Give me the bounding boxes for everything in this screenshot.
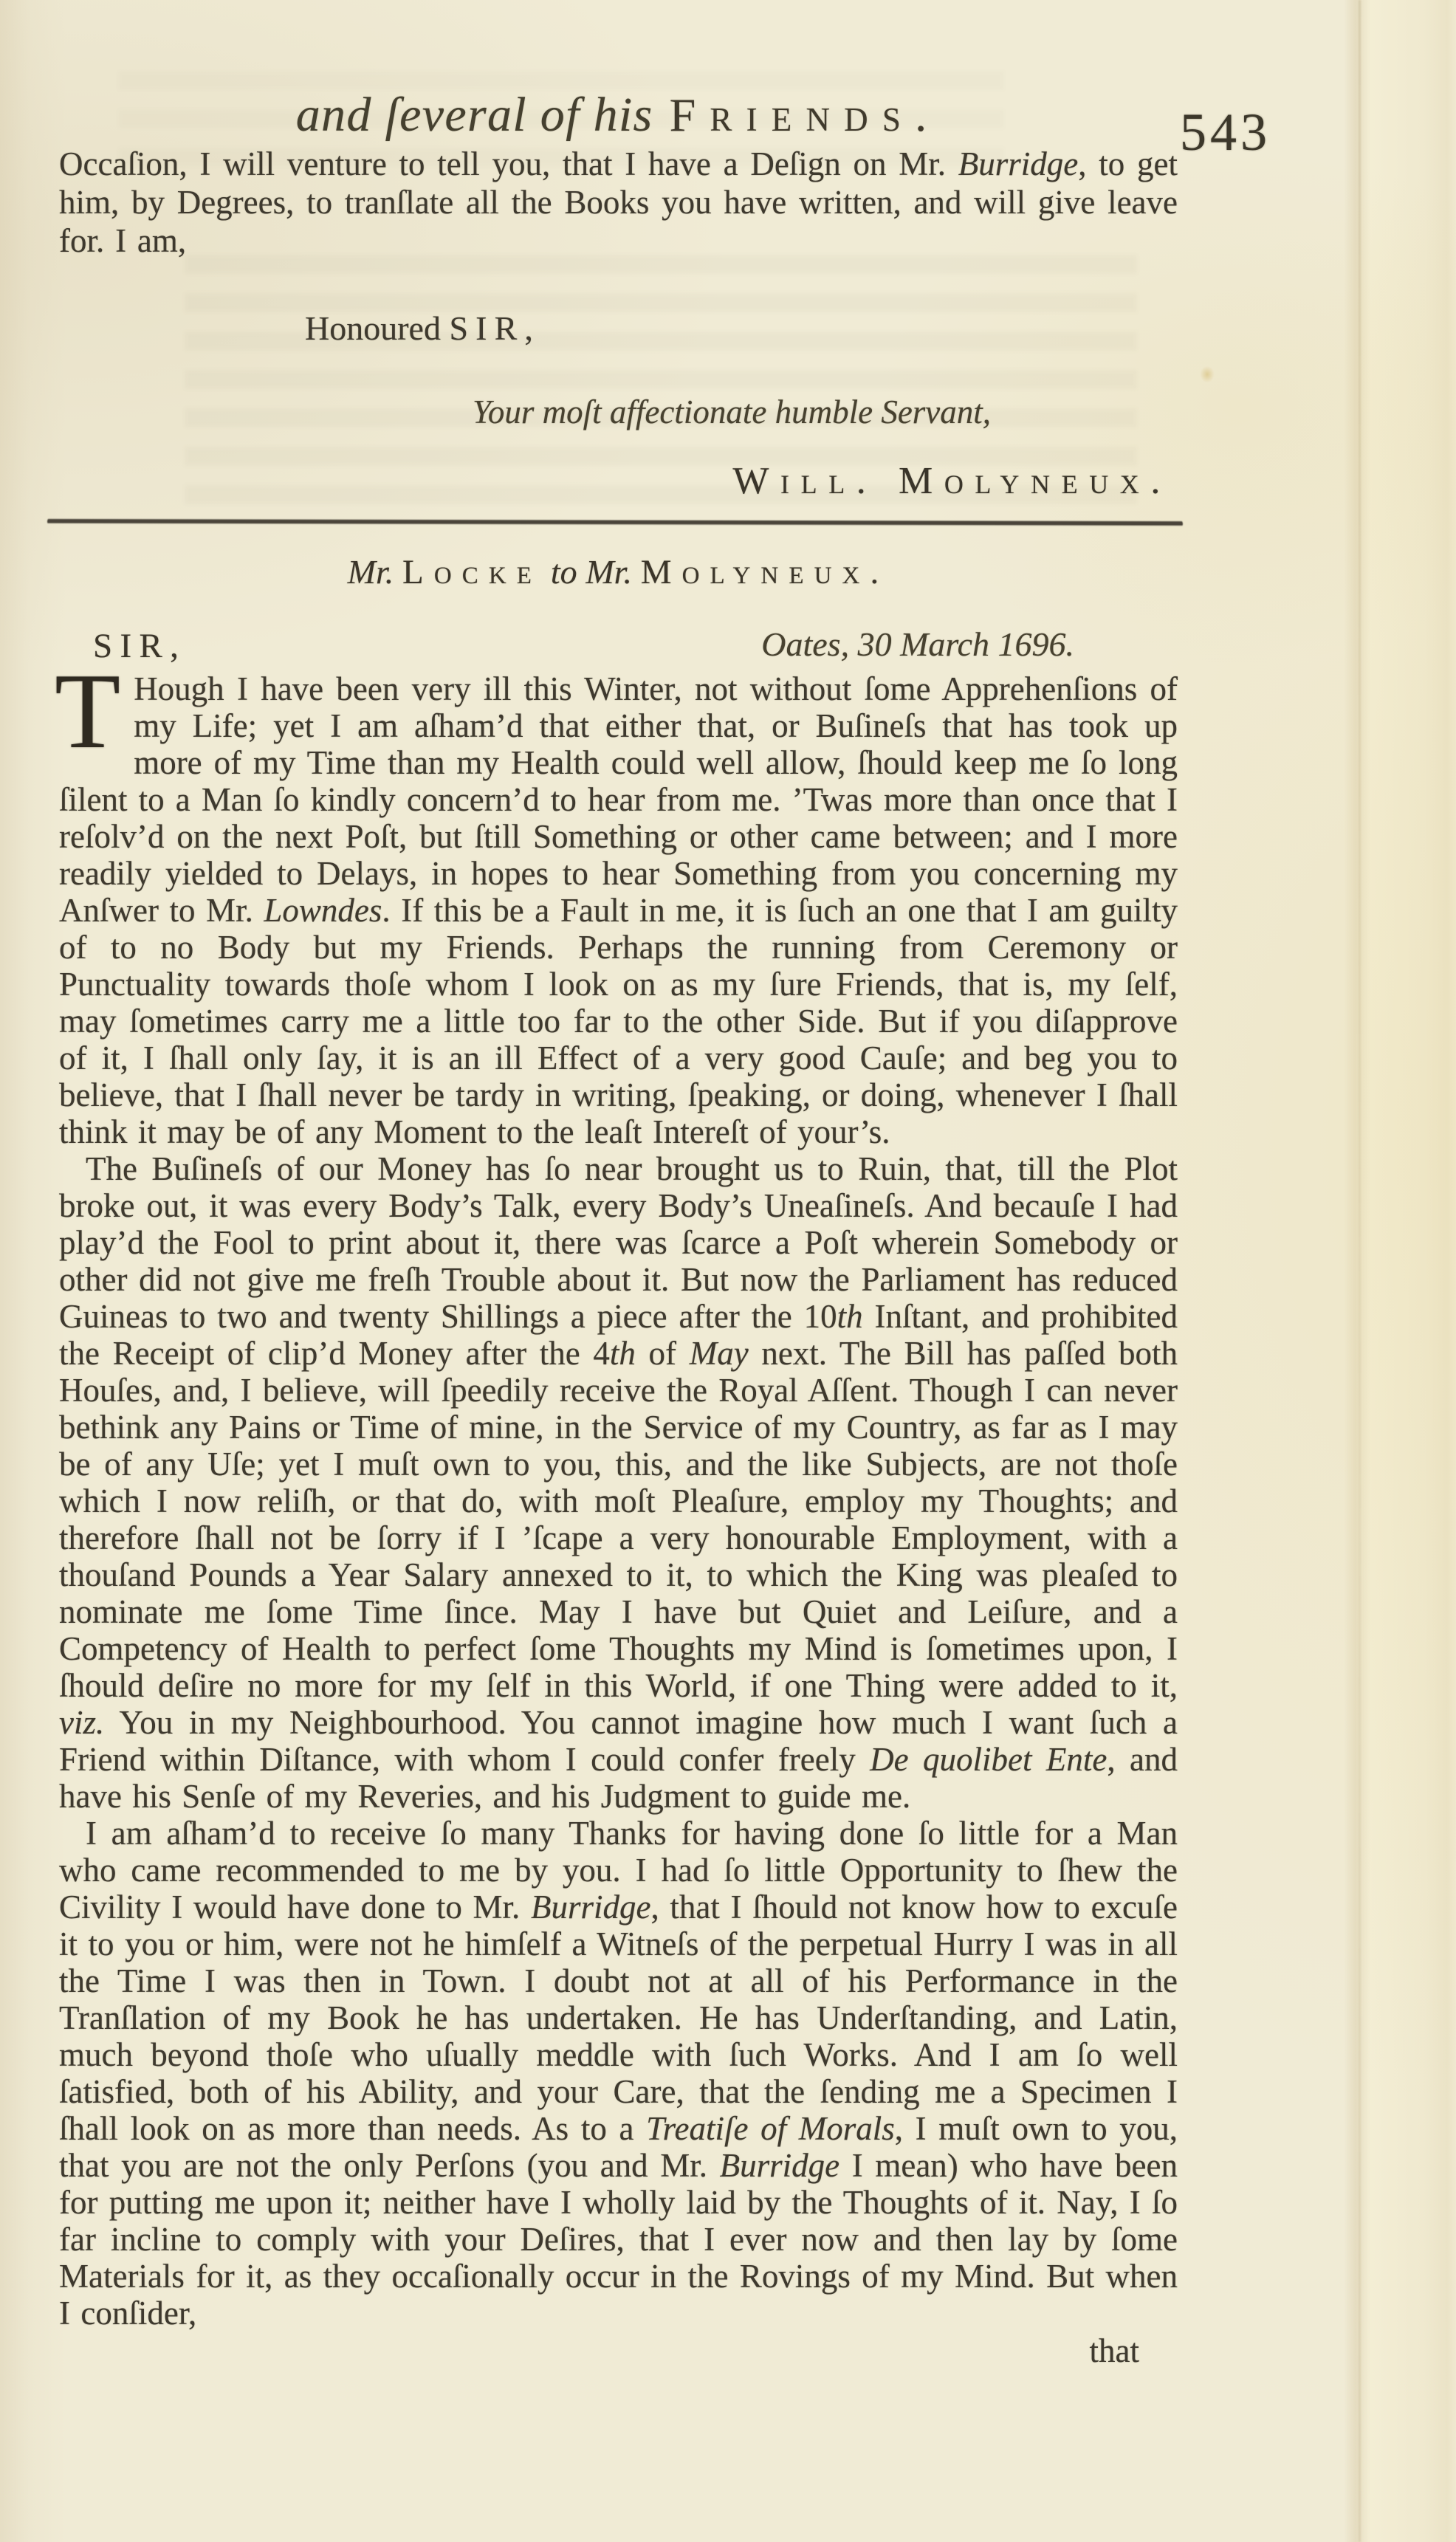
letter-paragraph: The Buſineſs of our Money has ſo near br…: [59, 1150, 1178, 1815]
closing-paragraph: Occaſion, I will venture to tell you, th…: [59, 145, 1178, 260]
paragraph-text: Hough I have been very ill this Winter, …: [59, 670, 1178, 1150]
valediction: Your moſt affectionate humble Servant,: [473, 393, 991, 431]
page-number: 543: [1180, 102, 1271, 163]
letter-dateline: Oates, 30 March 1696.: [59, 625, 1126, 664]
signature: Will. Molyneux.: [59, 459, 1178, 503]
running-header: and ſeveral of hisFriends.: [59, 87, 1178, 143]
drop-cap: T: [55, 670, 134, 749]
running-header-caps: Friends.: [670, 89, 941, 141]
salutation-honoured: Honoured SIR,: [305, 309, 540, 348]
paper-stain: [1198, 363, 1217, 385]
page-edge-crease: [1359, 0, 1361, 2542]
catchword: that: [59, 2332, 1178, 2370]
running-header-italic: and ſeveral of his: [296, 88, 653, 142]
letter-paragraph: THough I have been very ill this Winter,…: [59, 670, 1178, 1150]
signature-name: Will. Molyneux.: [732, 460, 1172, 502]
section-divider: [47, 517, 1183, 528]
letter-heading: Mr. Locke to Mr. Molyneux.: [59, 552, 1178, 592]
book-page: and ſeveral of hisFriends. 543 Occaſion,…: [0, 0, 1456, 2542]
letter-paragraph: I am aſham’d to receive ſo many Thanks f…: [59, 1815, 1178, 2332]
letter-body: THough I have been very ill this Winter,…: [59, 670, 1178, 2370]
